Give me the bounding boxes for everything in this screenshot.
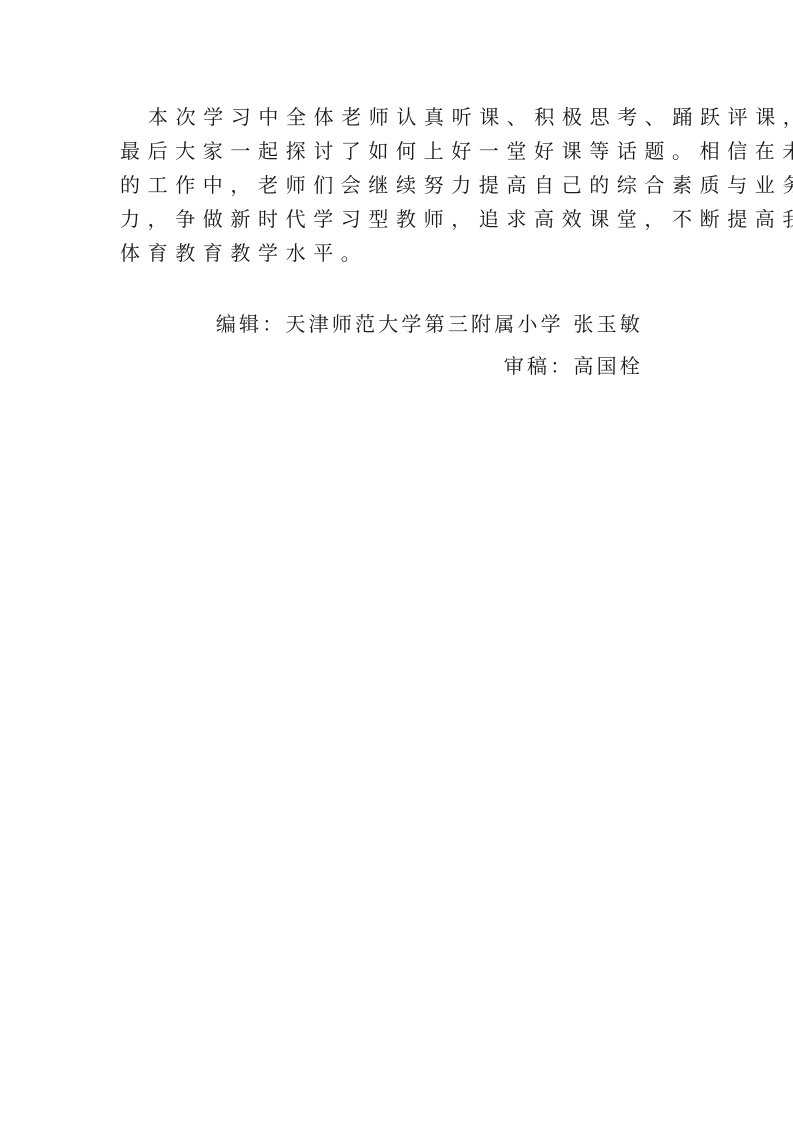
document-page: 本次学习中全体老师认真听课、积极思考、踊跃评课， 最后大家一起探讨了如何上好一堂… — [0, 0, 793, 1122]
body-paragraph: 本次学习中全体老师认真听课、积极思考、踊跃评课， 最后大家一起探讨了如何上好一堂… — [120, 100, 676, 270]
paragraph-line: 最后大家一起探讨了如何上好一堂好课等话题。相信在未来 — [120, 134, 676, 168]
paragraph-line: 力，争做新时代学习型教师，追求高效课堂，不断提高我区 — [120, 202, 676, 236]
paragraph-line: 的工作中，老师们会继续努力提高自己的综合素质与业务能 — [120, 168, 676, 202]
paragraph-line: 本次学习中全体老师认真听课、积极思考、踊跃评课， — [120, 100, 676, 134]
editor-credit: 编辑：天津师范大学第三附属小学 张玉敏 — [216, 307, 643, 341]
paragraph-line: 体育教育教学水平。 — [120, 236, 676, 270]
reviewer-credit: 审稿：高国栓 — [504, 349, 643, 383]
